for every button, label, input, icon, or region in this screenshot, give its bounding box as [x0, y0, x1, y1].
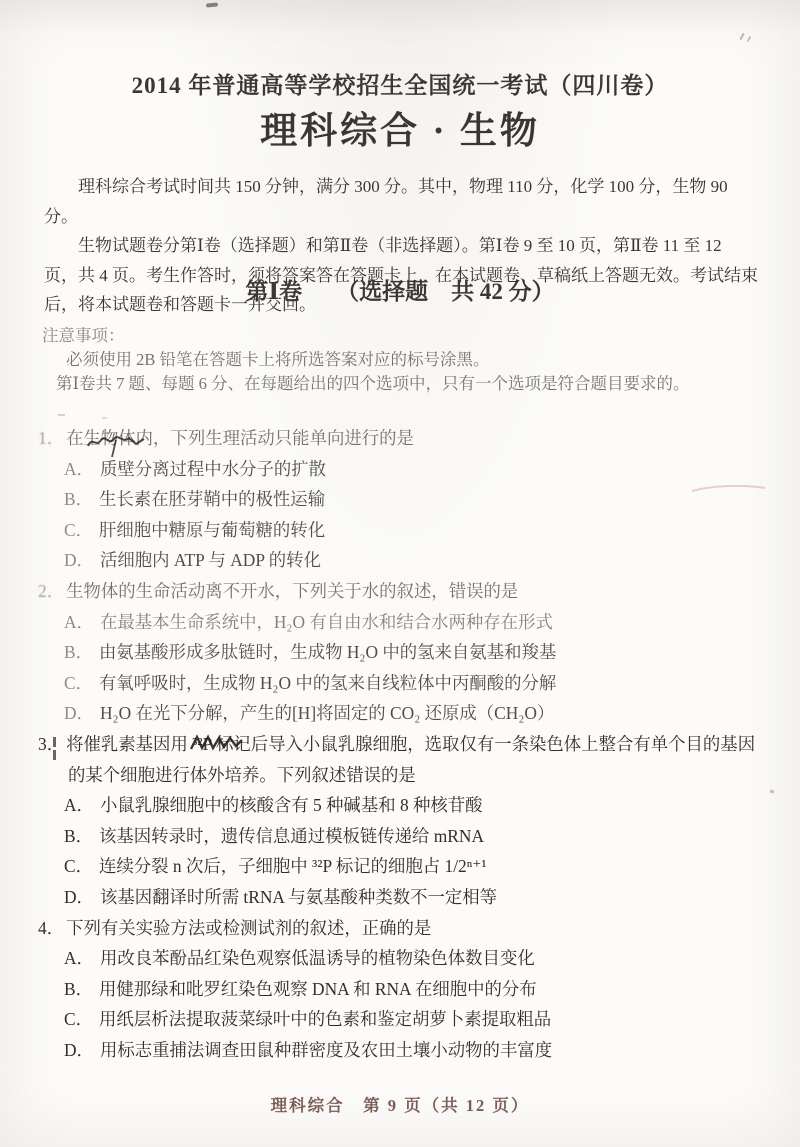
option-text: 由氨基酸形成多肽链时，生成物 H₂O 中的氢来自氨基和羧基	[99, 642, 556, 662]
option-c: C．用纸层析法提取菠菜绿叶中的色素和鉴定胡萝卜素提取粗品	[38, 1004, 762, 1035]
question-number: 1．	[38, 428, 64, 448]
option-label: A．	[64, 612, 94, 632]
question-stem-text: 将催乳素基因用 ³²P 标记后导入小鼠乳腺细胞，选取仅有一条染色体上整合有单个目…	[66, 734, 755, 785]
question-stem: 3．将催乳素基因用 ³²P 标记后导入小鼠乳腺细胞，选取仅有一条染色体上整合有单…	[38, 729, 762, 790]
option-label: C．	[64, 856, 93, 876]
notice-item: 必须使用 2B 铅笔在答题卡上将所选答案对应的标号涂黑。	[66, 348, 758, 372]
question-stem-text: 下列有关实验方法或检测试剂的叙述，正确的是	[66, 918, 431, 938]
option-text: 用纸层析法提取菠菜绿叶中的色素和鉴定胡萝卜素提取粗品	[99, 1009, 551, 1029]
option-b: B．用健那绿和吡罗红染色观察 DNA 和 RNA 在细胞中的分布	[38, 974, 762, 1005]
option-b: B．由氨基酸形成多肽链时，生成物 H₂O 中的氢来自氨基和羧基	[38, 637, 762, 668]
option-text: 该基因转录时，遗传信息通过模板链传递给 mRNA	[99, 826, 484, 846]
question-number: 4．	[38, 918, 64, 938]
option-label: A．	[64, 459, 94, 479]
option-label: D．	[64, 887, 94, 907]
option-label: B．	[64, 979, 93, 999]
option-d: D．用标志重捕法调查田鼠种群密度及农田土壤小动物的丰富度	[38, 1035, 762, 1066]
option-text: 连续分裂 n 次后，子细胞中 ³²P 标记的细胞占 1/2ⁿ⁺¹	[99, 856, 487, 876]
option-text: 用改良苯酚品红染色观察低温诱导的植物染色体数目变化	[100, 948, 535, 968]
option-d: D．活细胞内 ATP 与 ADP 的转化	[38, 545, 762, 576]
exam-subject-title: 理科综合 · 生物	[0, 100, 800, 154]
option-c: C．有氧呼吸时，生成物 H₂O 中的氢来自线粒体中丙酮酸的分解	[38, 668, 762, 699]
option-label: D．	[64, 550, 94, 570]
question-stem-text: 生物体的生命活动离不开水，下列关于水的叙述，错误的是	[66, 581, 518, 601]
option-text: 有氧呼吸时，生成物 H₂O 中的氢来自线粒体中丙酮酸的分解	[99, 673, 556, 693]
question-stem: 4．下列有关实验方法或检测试剂的叙述，正确的是	[38, 913, 762, 944]
option-a: A．在最基本生命系统中，H₂O 有自由水和结合水两种存在形式	[38, 607, 762, 638]
question-stem-text: 在生物体内，下列生理活动只能单向进行的是	[66, 428, 414, 448]
notice-item: 第Ⅰ卷共 7 题、每题 6 分、在每题给出的四个选项中，只有一个选项是符合题目要…	[56, 372, 758, 396]
scan-speck	[102, 417, 107, 419]
option-d: D．H₂O 在光下分解，产生的[H]将固定的 CO₂ 还原成（CH₂O）	[38, 698, 762, 729]
scan-mark	[747, 36, 752, 42]
question-1: 1．在生物体内，下列生理活动只能单向进行的是 A．质壁分离过程中水分子的扩散 B…	[38, 423, 762, 576]
scan-smudge	[206, 2, 218, 7]
option-label: C．	[64, 673, 93, 693]
option-text: 肝细胞中糖原与葡萄糖的转化	[99, 520, 325, 540]
notice-title: 注意事项：	[42, 324, 758, 348]
option-text: 用健那绿和吡罗红染色观察 DNA 和 RNA 在细胞中的分布	[99, 979, 537, 999]
instructions-paragraph: 理科综合考试时间共 150 分钟，满分 300 分。其中，物理 110 分，化学…	[44, 172, 758, 231]
option-label: B．	[64, 642, 93, 662]
question-2: 2．生物体的生命活动离不开水，下列关于水的叙述，错误的是 A．在最基本生命系统中…	[38, 576, 762, 729]
option-label: D．	[64, 1040, 94, 1060]
option-a: A．质壁分离过程中水分子的扩散	[38, 454, 762, 485]
option-d: D．该基因翻译时所需 tRNA 与氨基酸种类数不一定相等	[38, 882, 762, 913]
option-label: B．	[64, 489, 93, 509]
option-text: 活细胞内 ATP 与 ADP 的转化	[100, 550, 321, 570]
question-number: 2．	[38, 581, 64, 601]
option-label: A．	[64, 948, 94, 968]
option-label: C．	[64, 520, 93, 540]
option-label: B．	[64, 826, 93, 846]
question-3: 3．将催乳素基因用 ³²P 标记后导入小鼠乳腺细胞，选取仅有一条染色体上整合有单…	[38, 729, 762, 913]
scanned-exam-page: 2014 年普通高等学校招生全国统一考试（四川卷） 理科综合 · 生物 理科综合…	[0, 0, 800, 1147]
option-text: 用标志重捕法调查田鼠种群密度及农田土壤小动物的丰富度	[100, 1040, 552, 1060]
option-text: 该基因翻译时所需 tRNA 与氨基酸种类数不一定相等	[100, 887, 497, 907]
question-number: 3．	[38, 734, 64, 754]
exam-title: 2014 年普通高等学校招生全国统一考试（四川卷）	[0, 67, 800, 100]
option-text: 质壁分离过程中水分子的扩散	[100, 459, 326, 479]
option-b: B．该基因转录时，遗传信息通过模板链传递给 mRNA	[38, 821, 762, 852]
section-heading-detail: （选择题 共 42 分）	[336, 279, 555, 304]
scan-speck	[58, 414, 65, 416]
option-text: 生长素在胚芽鞘中的极性运输	[99, 489, 325, 509]
page-footer: 理科综合 第 9 页（共 12 页）	[0, 1092, 800, 1116]
option-text: 在最基本生命系统中，H₂O 有自由水和结合水两种存在形式	[100, 612, 553, 632]
option-label: C．	[64, 1009, 93, 1029]
option-text: 小鼠乳腺细胞中的核酸含有 5 种碱基和 8 种核苷酸	[100, 795, 483, 815]
option-a: A．小鼠乳腺细胞中的核酸含有 5 种碱基和 8 种核苷酸	[38, 790, 762, 821]
question-stem: 1．在生物体内，下列生理活动只能单向进行的是	[38, 423, 762, 454]
option-label: D．	[64, 703, 94, 723]
section-heading: 第Ⅰ卷（选择题 共 42 分）	[0, 273, 800, 306]
question-4: 4．下列有关实验方法或检测试剂的叙述，正确的是 A．用改良苯酚品红染色观察低温诱…	[38, 913, 762, 1066]
question-stem: 2．生物体的生命活动离不开水，下列关于水的叙述，错误的是	[38, 576, 762, 607]
notice-block: 注意事项： 必须使用 2B 铅笔在答题卡上将所选答案对应的标号涂黑。 第Ⅰ卷共 …	[42, 324, 758, 396]
question-list: 1．在生物体内，下列生理活动只能单向进行的是 A．质壁分离过程中水分子的扩散 B…	[38, 423, 762, 1065]
scan-mark	[739, 33, 744, 40]
option-c: C．肝细胞中糖原与葡萄糖的转化	[38, 515, 762, 546]
option-b: B．生长素在胚芽鞘中的极性运输	[38, 484, 762, 515]
option-label: A．	[64, 795, 94, 815]
option-text: H₂O 在光下分解，产生的[H]将固定的 CO₂ 还原成（CH₂O）	[100, 703, 554, 723]
scan-speck	[770, 789, 775, 793]
section-heading-volume: 第Ⅰ卷	[245, 279, 302, 304]
option-c: C．连续分裂 n 次后，子细胞中 ³²P 标记的细胞占 1/2ⁿ⁺¹	[38, 851, 762, 882]
option-a: A．用改良苯酚品红染色观察低温诱导的植物染色体数目变化	[38, 943, 762, 974]
